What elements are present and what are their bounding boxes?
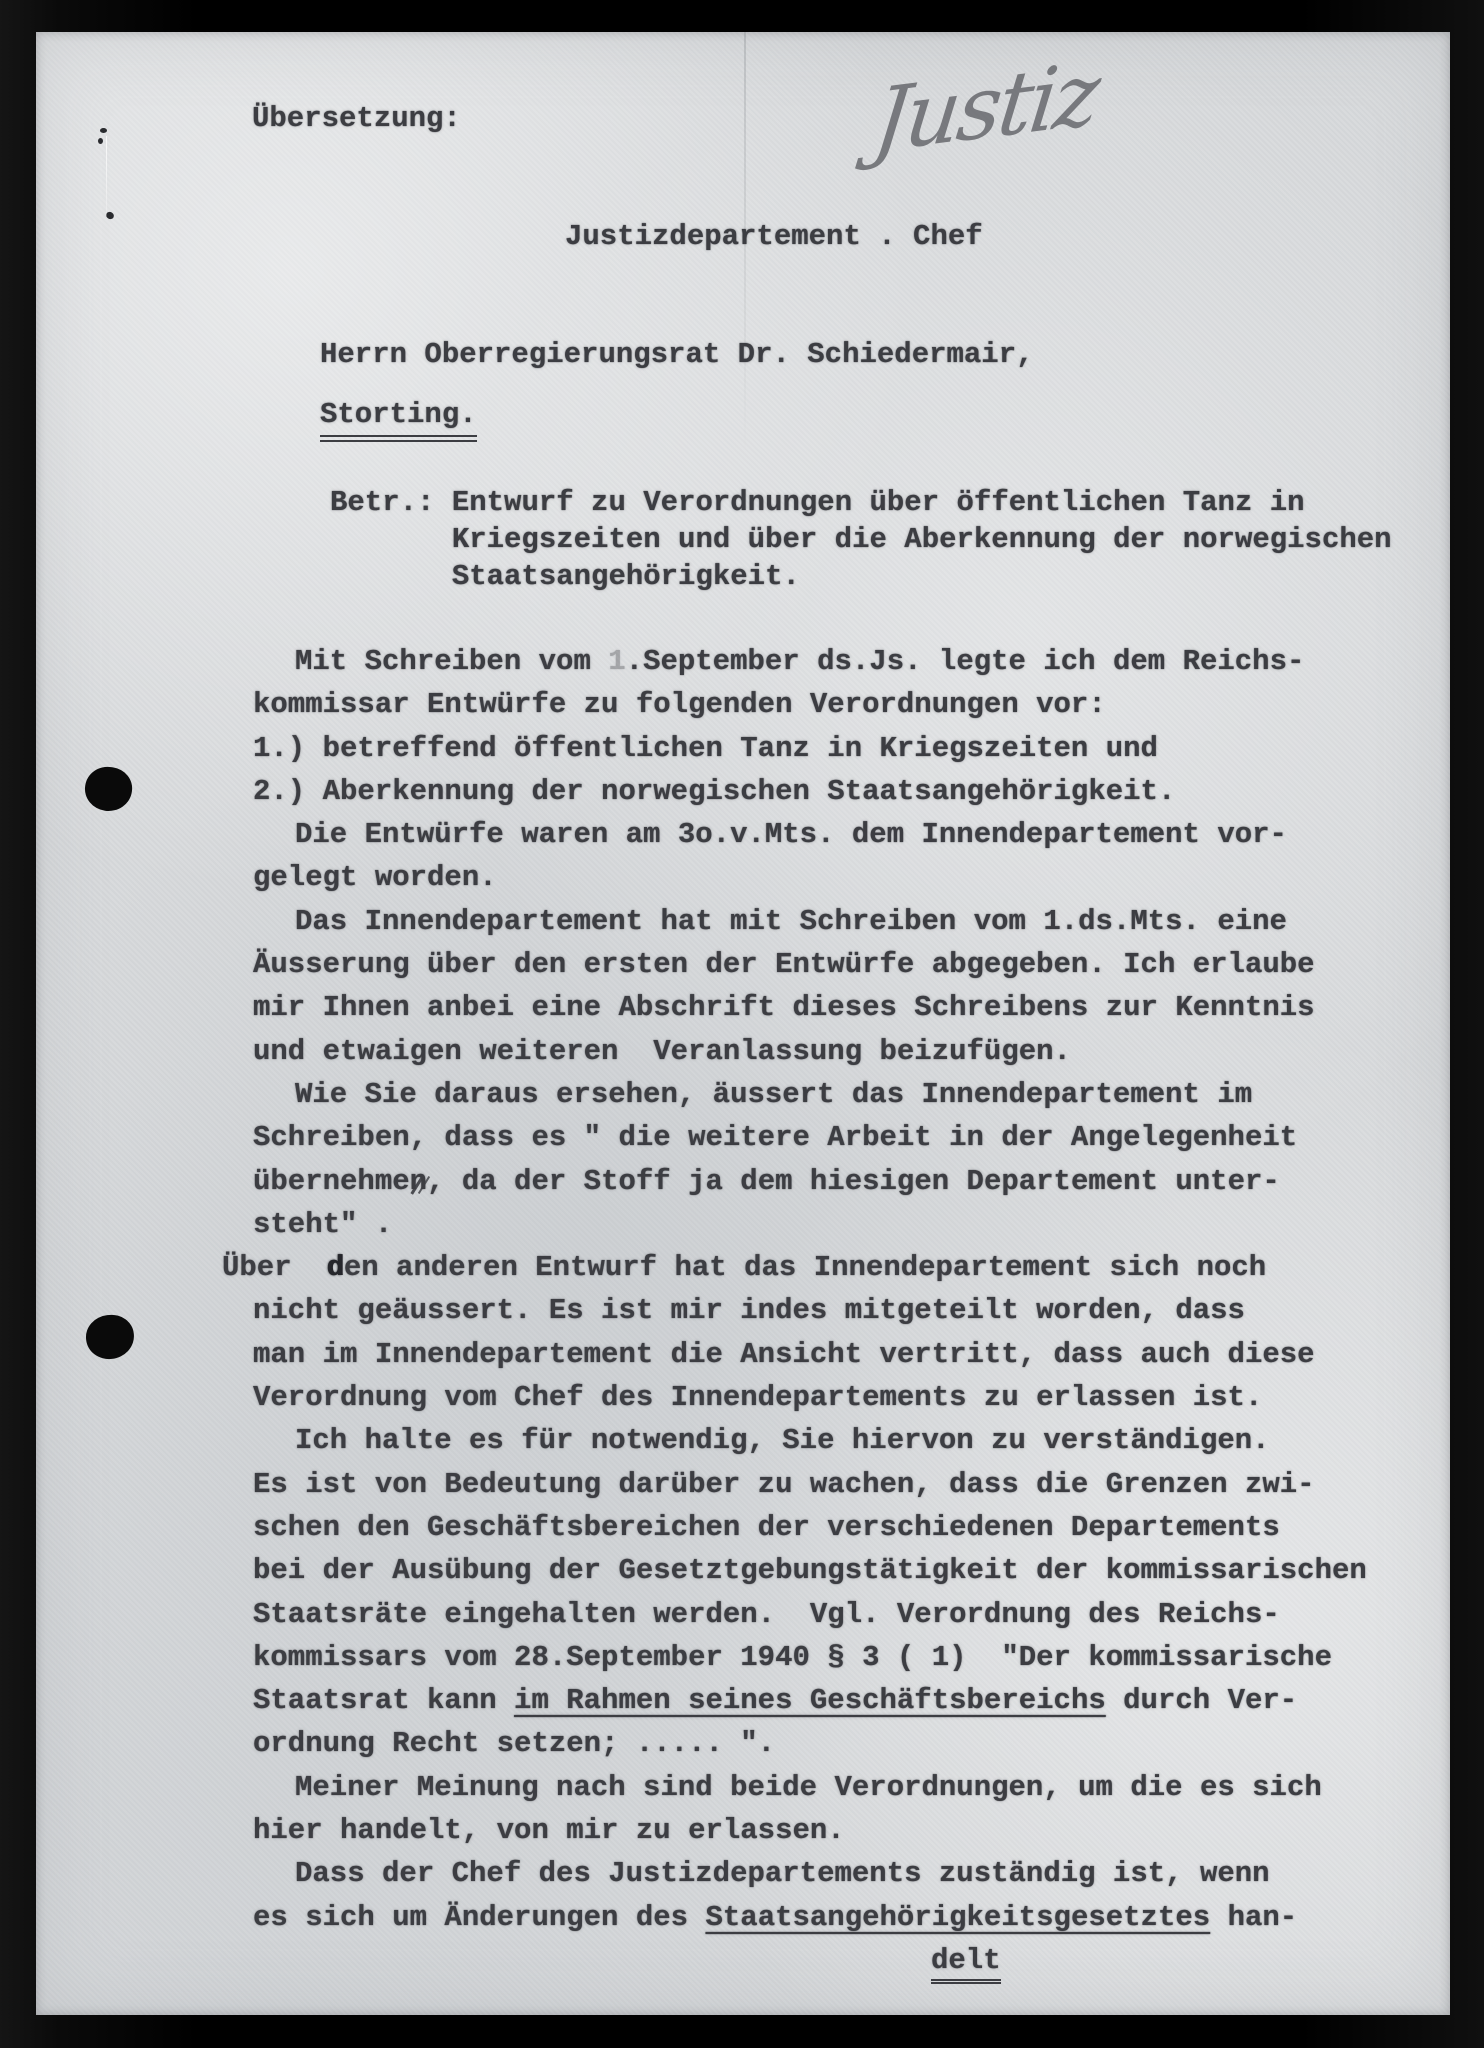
ink-speck <box>100 128 107 133</box>
typed-text: übernehme <box>253 1165 410 1198</box>
typed-text: Ich halte es für notwendig, Sie hiervon … <box>295 1424 1270 1457</box>
typed-text: , da der Stoff ja dem hiesigen Departeme… <box>427 1165 1280 1198</box>
underlined-text: Staatsangehörigkeitsgesetztes <box>705 1901 1210 1934</box>
underlined-text: im Rahmen seines Geschäftsbereichs <box>514 1684 1106 1717</box>
typed-text: Äusserung über den ersten der Entwürfe a… <box>253 948 1315 981</box>
letter-line: kommissars vom 28.September 1940 § 3 ( 1… <box>253 1636 1367 1679</box>
letter-line: bei der Ausübung der Gesetztgebungstätig… <box>253 1549 1367 1592</box>
typed-text: und etwaigen weiteren Veranlassung beizu… <box>253 1035 1071 1068</box>
subject-line: Betr.: Entwurf zu Verordnungen über öffe… <box>330 484 1392 521</box>
underlined-text: delt <box>931 1944 1001 1984</box>
letter-line: Wie Sie daraus ersehen, äussert das Inne… <box>253 1073 1367 1116</box>
letter-line: mir Ihnen anbei eine Abschrift dieses Sc… <box>253 986 1367 1029</box>
letter-line: Schreiben, dass es " die weitere Arbeit … <box>253 1116 1367 1159</box>
letter-line: 1.) betreffend öffentlichen Tanz in Krie… <box>253 727 1367 770</box>
typed-text: en anderen Entwurf hat das Innendepartem… <box>344 1251 1266 1284</box>
letter-line: steht" . <box>253 1203 1367 1246</box>
typed-text: Das Innendepartement hat mit Schreiben v… <box>295 905 1287 938</box>
letter-line: ordnung Recht setzen; ..... ". <box>253 1722 1367 1765</box>
typed-text: kommissar Entwürfe zu folgenden Verordnu… <box>253 688 1106 721</box>
letter-line: 2.) Aberkennung der norwegischen Staatsa… <box>253 770 1367 813</box>
typed-text: Über <box>222 1251 326 1284</box>
typed-text: mir Ihnen anbei eine Abschrift dieses Sc… <box>253 991 1315 1024</box>
typed-text: nicht geäussert. Es ist mir indes mitget… <box>253 1294 1245 1327</box>
handwritten-annotation: Justiz <box>869 43 1103 173</box>
letter-line: man im Innendepartement die Ansicht vert… <box>253 1333 1367 1376</box>
letter-line: Das Innendepartement hat mit Schreiben v… <box>253 900 1367 943</box>
typed-text: Meiner Meinung nach sind beide Verordnun… <box>295 1771 1322 1804</box>
recipient-name: Herrn Oberregierungsrat Dr. Schiedermair… <box>320 338 1034 371</box>
typed-text: schen den Geschäftsbereichen der verschi… <box>253 1511 1280 1544</box>
subject-label: Betr.: <box>330 486 452 519</box>
typed-text: han- <box>1210 1901 1297 1934</box>
letter-line: Staatsräte eingehalten werden. Vgl. Vero… <box>253 1593 1367 1636</box>
typed-text: man im Innendepartement die Ansicht vert… <box>253 1338 1315 1371</box>
letter-line: Äusserung über den ersten der Entwürfe a… <box>253 943 1367 986</box>
letter-line: übernehmen, da der Stoff ja dem hiesigen… <box>253 1160 1367 1203</box>
letter-line: Über den anderen Entwurf hat das Innende… <box>222 1246 1367 1289</box>
paper-scratch <box>106 136 107 216</box>
typed-text: Verordnung vom Chef des Innendepartement… <box>253 1381 1262 1414</box>
typed-text: steht" . <box>253 1208 392 1241</box>
typed-text: n <box>410 1165 427 1198</box>
subject-line: Kriegszeiten und über die Aberkennung de… <box>330 521 1392 558</box>
typed-text: Staatsräte eingehalten werden. Vgl. Vero… <box>253 1598 1280 1631</box>
typed-text: 2.) Aberkennung der norwegischen Staatsa… <box>253 775 1175 808</box>
typed-text: 1.) betreffend öffentlichen Tanz in Krie… <box>253 732 1158 765</box>
letter-line: Die Entwürfe waren am 3o.v.Mts. dem Inne… <box>253 813 1367 856</box>
translation-label: Übersetzung: <box>252 102 461 135</box>
subject-block: Betr.: Entwurf zu Verordnungen über öffe… <box>330 484 1392 595</box>
hole-punch-top <box>82 764 135 814</box>
letter-body: Mit Schreiben vom 1.September ds.Js. leg… <box>253 640 1367 1982</box>
ink-speck <box>98 138 103 144</box>
typed-text: .September ds.Js. legte ich dem Reichs- <box>626 645 1305 678</box>
letter-line: kommissar Entwürfe zu folgenden Verordnu… <box>253 683 1367 726</box>
letter-line: Es ist von Bedeutung darüber zu wachen, … <box>253 1463 1367 1506</box>
typed-text: Die Entwürfe waren am 3o.v.Mts. dem Inne… <box>295 818 1287 851</box>
typed-text: Dass der Chef des Justizdepartements zus… <box>295 1857 1270 1890</box>
letter-line: Mit Schreiben vom 1.September ds.Js. leg… <box>253 640 1367 683</box>
letter-line: nicht geäussert. Es ist mir indes mitget… <box>253 1289 1367 1332</box>
typed-text: Wie Sie daraus ersehen, äussert das Inne… <box>295 1078 1252 1111</box>
letterhead: Justizdepartement . Chef <box>565 220 983 253</box>
typed-text: gelegt worden. <box>253 861 497 894</box>
typed-text: Mit Schreiben vom <box>295 645 608 678</box>
letter-line: Meiner Meinung nach sind beide Verordnun… <box>253 1766 1367 1809</box>
scan-background: Justiz Übersetzung: Justizdepartement . … <box>0 0 1484 2048</box>
typed-text: bei der Ausübung der Gesetztgebungstätig… <box>253 1554 1367 1587</box>
letter-line: hier handelt, von mir zu erlassen. <box>253 1809 1367 1852</box>
hole-punch-bottom <box>84 1313 136 1362</box>
typed-text: d <box>326 1251 343 1284</box>
typed-text: Staatsrat kann <box>253 1684 514 1717</box>
typed-text: ordnung Recht setzen; ..... ". <box>253 1727 775 1760</box>
typed-text: Es ist von Bedeutung darüber zu wachen, … <box>253 1468 1315 1501</box>
typed-text: durch Ver- <box>1106 1684 1297 1717</box>
subject-line: Staatsangehörigkeit. <box>330 558 1392 595</box>
letter-line: es sich um Änderungen des Staatsangehöri… <box>253 1896 1367 1939</box>
letter-line: Verordnung vom Chef des Innendepartement… <box>253 1376 1367 1419</box>
letter-line: gelegt worden. <box>253 856 1367 899</box>
typed-text: Schreiben, dass es " die weitere Arbeit … <box>253 1121 1297 1154</box>
recipient-location: Storting. <box>320 398 477 442</box>
letter-line: schen den Geschäftsbereichen der verschi… <box>253 1506 1367 1549</box>
typed-text: hier handelt, von mir zu erlassen. <box>253 1814 845 1847</box>
letter-line: Dass der Chef des Justizdepartements zus… <box>253 1852 1367 1895</box>
letter-line: und etwaigen weiteren Veranlassung beizu… <box>253 1030 1367 1073</box>
letter-line: Ich halte es für notwendig, Sie hiervon … <box>253 1419 1367 1462</box>
document-page: Justiz Übersetzung: Justizdepartement . … <box>36 32 1450 2015</box>
typed-text: es sich um Änderungen des <box>253 1901 705 1934</box>
letter-line: Staatsrat kann im Rahmen seines Geschäft… <box>253 1679 1367 1722</box>
letter-line: delt <box>253 1939 1367 1982</box>
typed-text: 1 <box>608 645 625 678</box>
typed-text: kommissars vom 28.September 1940 § 3 ( 1… <box>253 1641 1332 1674</box>
